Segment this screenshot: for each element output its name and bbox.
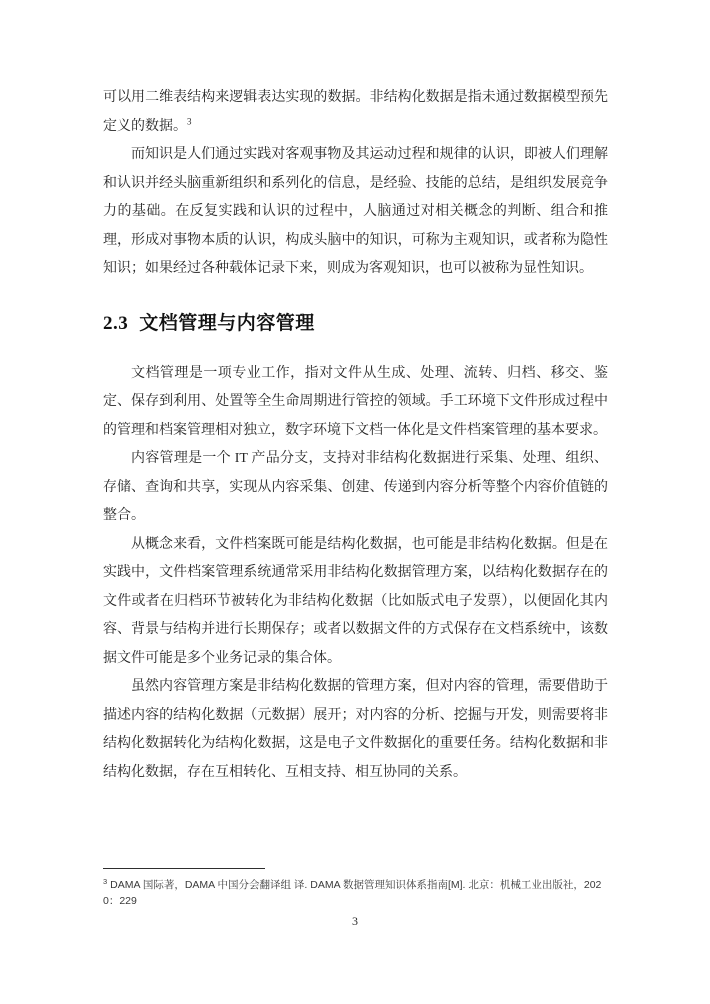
document-page: 可以用二维表结构来逻辑表达实现的数据。非结构化数据是指未通过数据模型预先定义的数… bbox=[0, 0, 710, 1004]
page-body: 可以用二维表结构来逻辑表达实现的数据。非结构化数据是指未通过数据模型预先定义的数… bbox=[103, 84, 608, 787]
paragraph-1-text: 可以用二维表结构来逻辑表达实现的数据。非结构化数据是指未通过数据模型预先定义的数… bbox=[103, 90, 608, 134]
paragraph-2: 而知识是人们通过实践对客观事物及其运动过程和规律的认识，即被人们理解和认识并经头… bbox=[103, 141, 608, 284]
footnote-separator-rule bbox=[103, 868, 265, 869]
footnote-area: 3DAMA 国际著，DAMA 中国分会翻译组 译. DAMA 数据管理知识体系指… bbox=[103, 868, 608, 909]
paragraph-1: 可以用二维表结构来逻辑表达实现的数据。非结构化数据是指未通过数据模型预先定义的数… bbox=[103, 84, 608, 141]
paragraph-6: 虽然内容管理方案是非结构化数据的管理方案，但对内容的管理，需要借助于描述内容的结… bbox=[103, 673, 608, 787]
footnote-marker: 3 bbox=[103, 877, 107, 886]
section-heading: 2.3文档管理与内容管理 bbox=[103, 310, 608, 338]
section-number: 2.3 bbox=[103, 313, 128, 334]
paragraph-4: 内容管理是一个 IT 产品分支，支持对非结构化数据进行采集、处理、组织、存储、查… bbox=[103, 445, 608, 531]
paragraph-3: 文档管理是一项专业工作，指对文件从生成、处理、流转、归档、移交、鉴定、保存到利用… bbox=[103, 360, 608, 446]
footnote: 3DAMA 国际著，DAMA 中国分会翻译组 译. DAMA 数据管理知识体系指… bbox=[103, 877, 608, 909]
footnote-text: DAMA 国际著，DAMA 中国分会翻译组 译. DAMA 数据管理知识体系指南… bbox=[103, 879, 601, 907]
section-title: 文档管理与内容管理 bbox=[139, 313, 315, 334]
page-number: 3 bbox=[0, 914, 710, 929]
footnote-reference: 3 bbox=[187, 116, 192, 126]
paragraph-5: 从概念来看，文件档案既可能是结构化数据，也可能是非结构化数据。但是在实践中，文件… bbox=[103, 531, 608, 674]
